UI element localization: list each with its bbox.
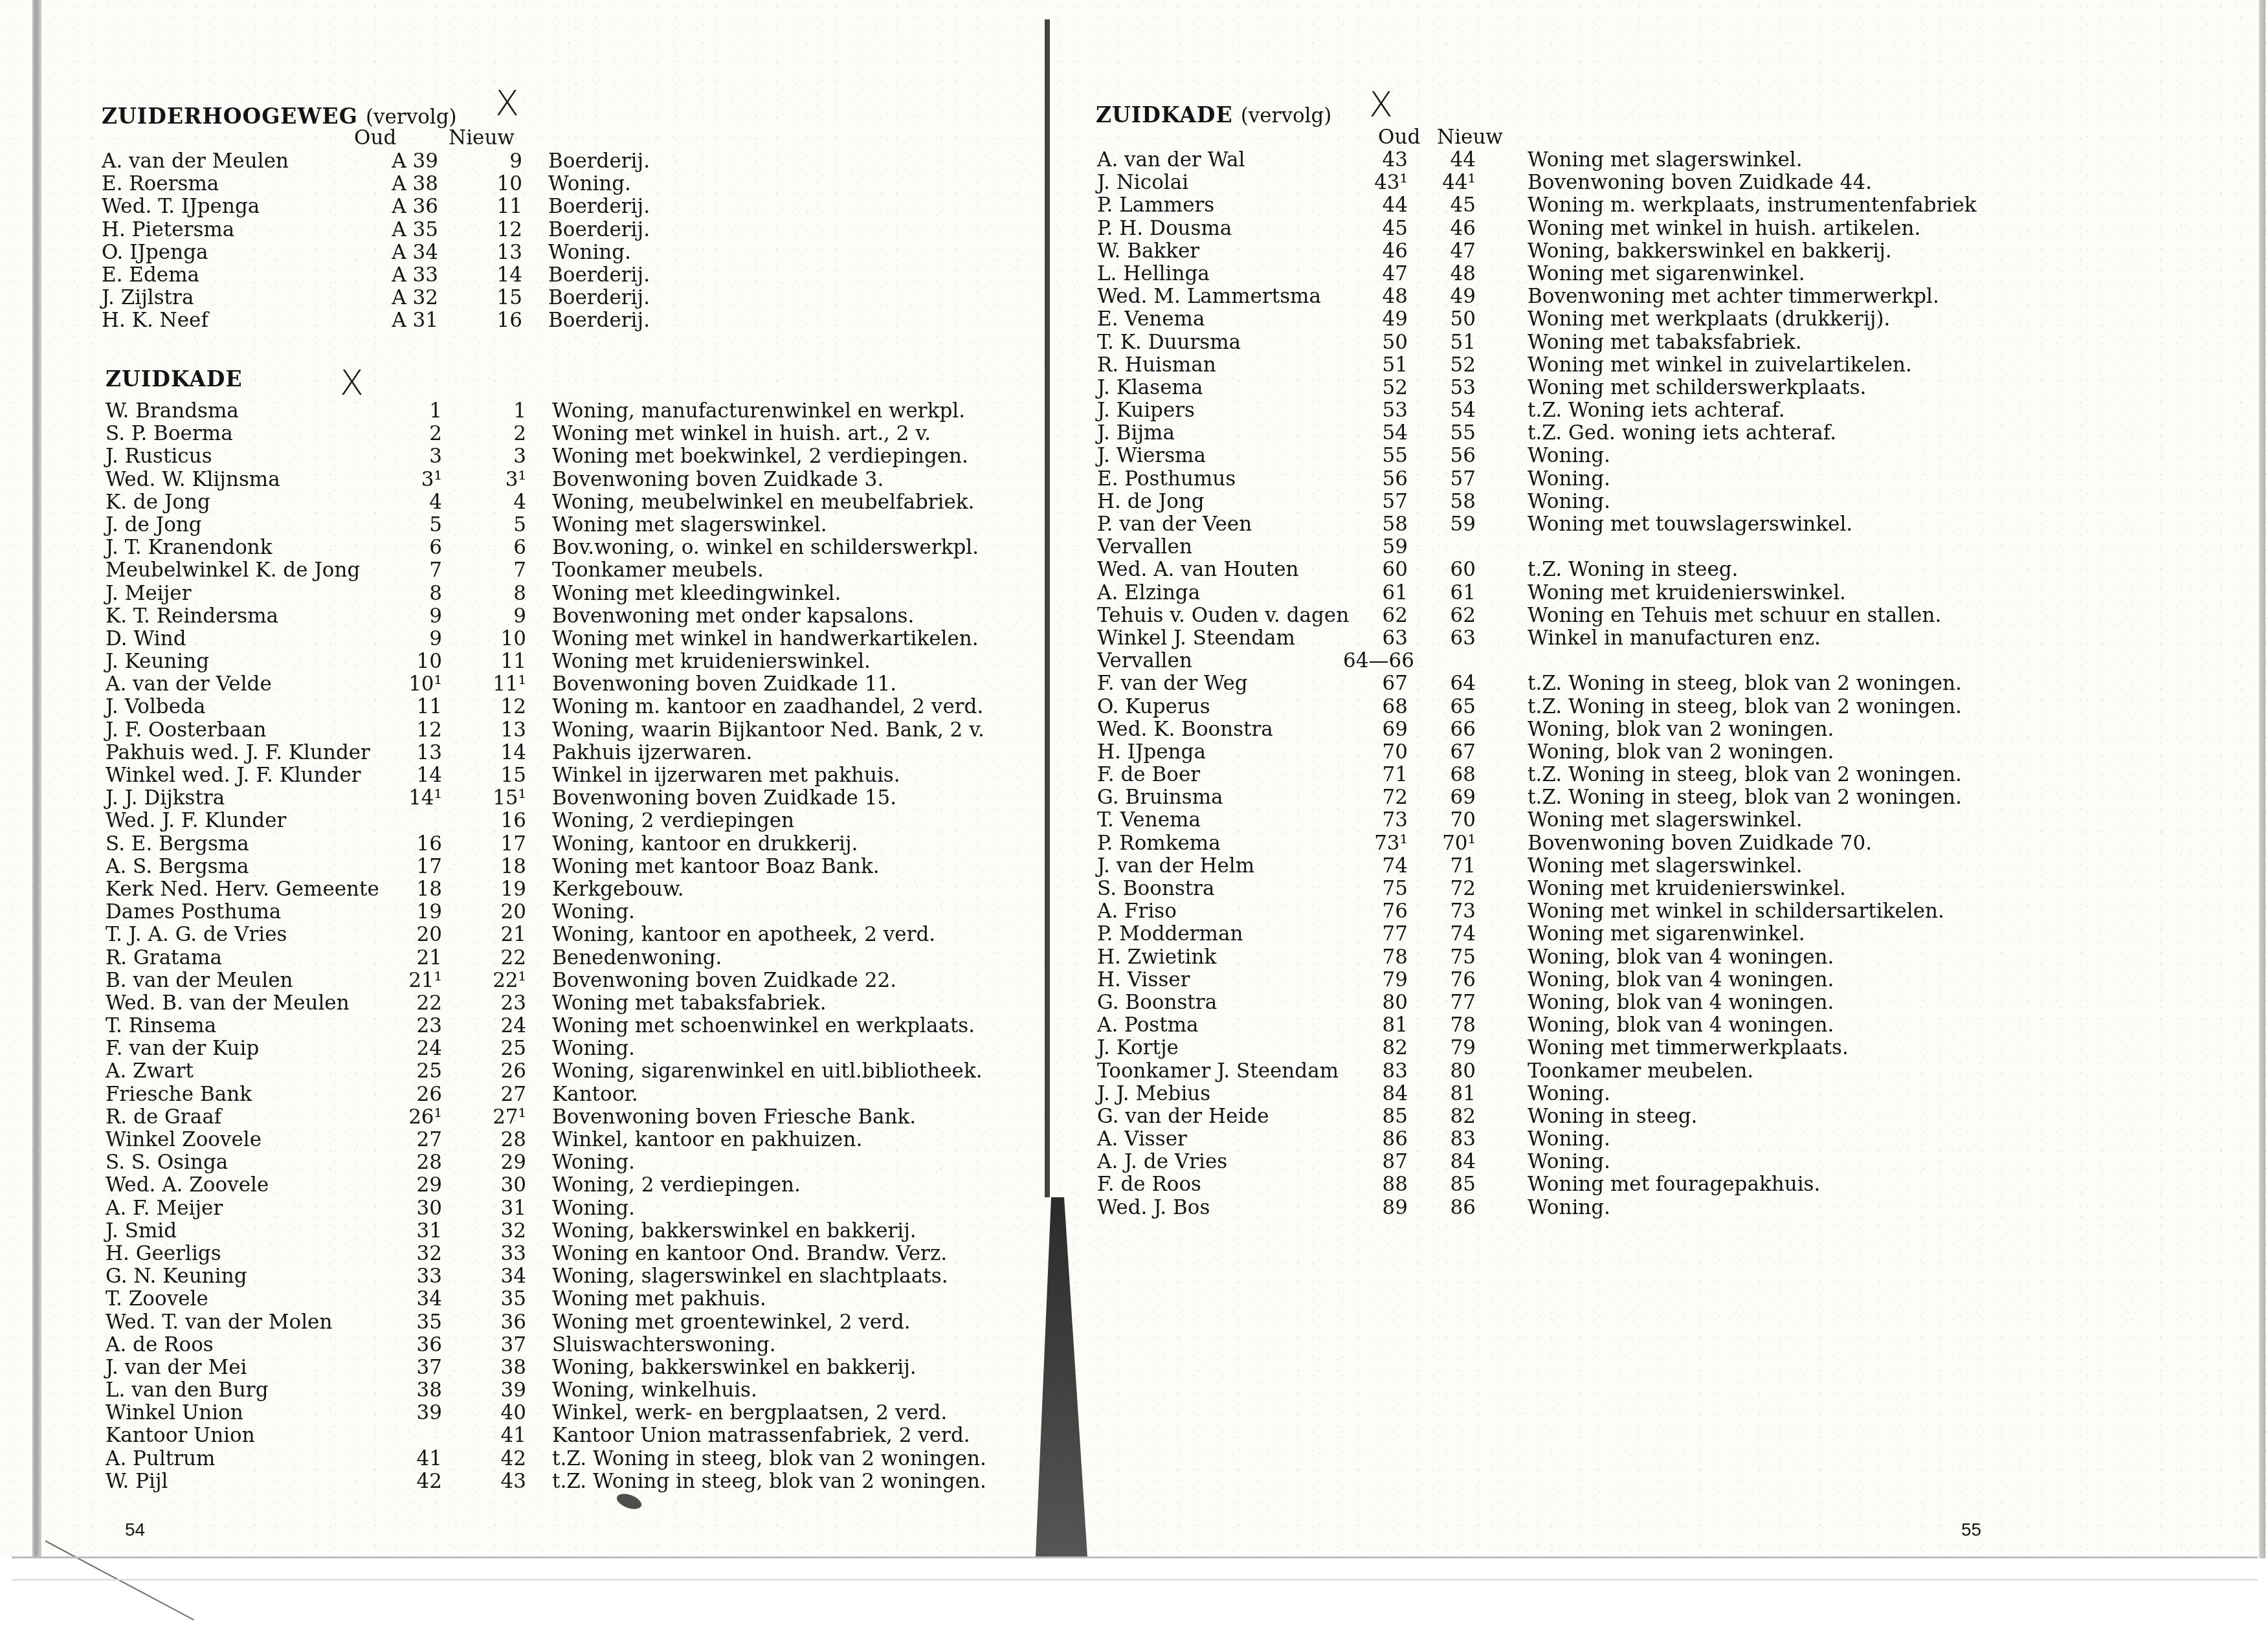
- old-house-number: 55: [1343, 445, 1408, 467]
- entry-description: Boerderij.: [548, 264, 650, 287]
- entry-name: Wed. W. Klijnsma: [106, 469, 280, 491]
- directory-entry: E. Venema4950Woning met werkplaats (druk…: [1097, 308, 2062, 331]
- directory-entry: Meubelwinkel K. de Jong77Toonkamer meube…: [106, 559, 1038, 582]
- entry-name: J. Nicolai: [1097, 172, 1188, 194]
- directory-entry: J. Rusticus33Woning met boekwinkel, 2 ve…: [106, 445, 1038, 468]
- old-house-number: 21: [351, 947, 442, 969]
- entry-description: Boerderij.: [548, 219, 650, 241]
- old-house-number: 34: [351, 1288, 442, 1311]
- entry-name: Wed. T. IJpenga: [102, 195, 260, 218]
- entry-description: t.Z. Woning iets achteraf.: [1528, 399, 1785, 422]
- entry-description: Woning, blok van 4 woningen.: [1528, 946, 1834, 969]
- old-house-number: 54: [1343, 422, 1408, 445]
- directory-entry: G. Boonstra8077Woning, blok van 4 woning…: [1097, 991, 2062, 1014]
- new-house-number: 60: [1414, 559, 1476, 581]
- entry-name: A. Elzinga: [1097, 582, 1200, 604]
- new-house-number: 19: [449, 878, 526, 901]
- new-house-number: 2: [449, 423, 526, 445]
- directory-entry: Kantoor Union41Kantoor Union matrassenfa…: [106, 1424, 1038, 1447]
- entry-description: t.Z. Woning in steeg, blok van 2 woninge…: [1528, 696, 1962, 718]
- entry-name: A. J. de Vries: [1097, 1151, 1227, 1173]
- entry-description: Woning met sigarenwinkel.: [1528, 923, 1805, 946]
- old-house-number: 14: [351, 764, 442, 787]
- old-house-number: 42: [351, 1470, 442, 1493]
- entry-name: J. J. Mebius: [1097, 1083, 1210, 1105]
- old-house-number: 9: [351, 628, 442, 650]
- new-house-number: 85: [1414, 1173, 1476, 1196]
- entry-name: E. Venema: [1097, 308, 1205, 331]
- new-house-number: 42: [449, 1448, 526, 1470]
- entry-description: Woning.: [552, 901, 635, 924]
- entry-name: B. van der Meulen: [106, 969, 293, 992]
- directory-entry: A. Visser8683Woning.: [1097, 1128, 2062, 1151]
- entry-description: Woning, waarin Bijkantoor Ned. Bank, 2 v…: [552, 719, 984, 742]
- entry-description: Woning met slagerswinkel.: [552, 514, 827, 537]
- old-house-number: 41: [351, 1448, 442, 1470]
- new-house-number: 22: [449, 947, 526, 969]
- directory-entry: H. Visser7976Woning, blok van 4 woningen…: [1097, 969, 2062, 991]
- new-house-number: 25: [449, 1037, 526, 1060]
- directory-entry: Wed. W. Klijnsma3¹3¹Bovenwoning boven Zu…: [106, 469, 1038, 491]
- entry-description: Woning met werkplaats (drukkerij).: [1528, 308, 1890, 331]
- directory-entry: P. van der Veen5859Woning met touwslager…: [1097, 513, 2062, 536]
- old-house-number: 67: [1343, 672, 1408, 695]
- entry-description: Woning met boekwinkel, 2 verdiepingen.: [552, 445, 968, 468]
- section-title: ZUIDERHOOGEWEG: [102, 104, 358, 129]
- directory-entry: T. Venema7370Woning met slagerswinkel.: [1097, 809, 2062, 832]
- entry-name: A. van der Wal: [1097, 149, 1245, 172]
- old-house-number: 1: [351, 400, 442, 423]
- entry-name: A. de Roos: [106, 1334, 214, 1356]
- directory-entry: J. Keuning1011Woning met kruidenierswink…: [106, 650, 1038, 673]
- entry-name: Vervallen: [1097, 650, 1192, 672]
- new-house-number: 9: [449, 605, 526, 628]
- entry-description: Toonkamer meubels.: [552, 559, 764, 582]
- old-house-number: 69: [1343, 718, 1408, 741]
- new-house-number: 23: [449, 992, 526, 1015]
- old-house-number: 38: [351, 1379, 442, 1402]
- directory-entry: J. Nicolai43¹44¹Bovenwoning boven Zuidka…: [1097, 172, 2062, 194]
- old-house-number: 56: [1343, 468, 1408, 491]
- entry-name: J. Bijma: [1097, 422, 1175, 445]
- entry-description: Woning.: [1528, 1151, 1610, 1173]
- directory-entry: Wed. M. Lammertsma4849Bovenwoning met ac…: [1097, 285, 2062, 308]
- entry-description: Woning met touwslagerswinkel.: [1528, 513, 1852, 536]
- new-house-number: 45: [1414, 194, 1476, 217]
- entry-description: Woning.: [1528, 491, 1610, 513]
- new-house-number: 69: [1414, 786, 1476, 809]
- new-house-number: 74: [1414, 923, 1476, 946]
- entry-description: Woning met kruidenierswinkel.: [1528, 582, 1846, 604]
- entry-name: A. Zwart: [106, 1060, 194, 1083]
- directory-entry: F. van der Kuip2425Woning.: [106, 1037, 1038, 1060]
- entry-name: J. de Jong: [106, 514, 202, 537]
- directory-entry: A. Elzinga6161Woning met kruidenierswink…: [1097, 582, 2062, 604]
- directory-entry: Wed. J. F. Klunder16Woning, 2 verdieping…: [106, 810, 1038, 832]
- new-house-number: 59: [1414, 513, 1476, 536]
- old-house-number: 43: [1343, 149, 1408, 172]
- entry-name: T. J. A. G. de Vries: [106, 924, 287, 946]
- entry-description: t.Z. Woning in steeg, blok van 2 woninge…: [552, 1470, 986, 1493]
- entry-description: t.Z. Ged. woning iets achteraf.: [1528, 422, 1836, 445]
- old-house-number: 21¹: [351, 969, 442, 992]
- directory-entry: R. Huisman5152Woning met winkel in zuive…: [1097, 354, 2062, 377]
- directory-entry: Dames Posthuma1920Woning.: [106, 901, 1038, 924]
- new-house-number: 40: [449, 1402, 526, 1424]
- entry-name: E. Roersma: [102, 173, 219, 195]
- directory-entry: H. IJpenga7067Woning, blok van 2 woninge…: [1097, 741, 2062, 764]
- directory-entry: W. Brandsma11Woning, manufacturenwinkel …: [106, 400, 1038, 423]
- entry-description: Bovenwoning boven Zuidkade 70.: [1528, 832, 1872, 855]
- old-house-number: 59: [1343, 536, 1408, 559]
- directory-entry: Winkel J. Steendam6363Winkel in manufact…: [1097, 627, 2062, 650]
- entry-name: A. Friso: [1097, 900, 1177, 923]
- entry-name: Wed. J. Bos: [1097, 1197, 1210, 1219]
- entry-name: D. Wind: [106, 628, 186, 650]
- directory-entry: J. Klasema5253Woning met schilderswerkpl…: [1097, 377, 2062, 399]
- new-house-number: 83: [1414, 1128, 1476, 1151]
- directory-entry: A. Postma8178Woning, blok van 4 woningen…: [1097, 1014, 2062, 1037]
- entry-name: Wed. M. Lammertsma: [1097, 285, 1321, 308]
- entry-description: Woning.: [1528, 445, 1610, 467]
- entry-name: Winkel Union: [106, 1402, 243, 1424]
- directory-entry: G. N. Keuning3334Woning, slagerswinkel e…: [106, 1265, 1038, 1288]
- entry-name: W. Pijl: [106, 1470, 168, 1493]
- directory-entry: J. Meijer88Woning met kleedingwinkel.: [106, 582, 1038, 605]
- entry-name: Kantoor Union: [106, 1424, 255, 1447]
- old-house-number: 52: [1343, 377, 1408, 399]
- scan-bottom-edge: [12, 1556, 2258, 1558]
- old-house-number: 43¹: [1343, 172, 1408, 194]
- new-house-number: 31: [449, 1197, 526, 1220]
- old-house-number: 53: [1343, 399, 1408, 422]
- entry-name: Friesche Bank: [106, 1083, 252, 1106]
- entry-description: t.Z. Woning in steeg, blok van 2 woninge…: [1528, 786, 1962, 809]
- page-number: 55: [1961, 1520, 1981, 1540]
- directory-entry: H. de Jong5758Woning.: [1097, 491, 2062, 513]
- directory-entry: P. Lammers4445Woning m. werkplaats, inst…: [1097, 194, 2062, 217]
- entry-name: G. van der Heide: [1097, 1105, 1269, 1128]
- entry-name: H. IJpenga: [1097, 741, 1206, 764]
- entry-name: J. Kuipers: [1097, 399, 1195, 422]
- new-house-number: 15: [449, 764, 526, 787]
- directory-entry: Vervallen64—66: [1097, 650, 2062, 672]
- old-house-number: 10: [351, 650, 442, 673]
- directory-entry: F. de Boer7168t.Z. Woning in steeg, blok…: [1097, 764, 2062, 786]
- column-header-oud: Oud: [1378, 126, 1420, 149]
- new-house-number: 22¹: [449, 969, 526, 992]
- old-house-number: A 34: [348, 241, 438, 264]
- directory-entry: J. Wiersma5556Woning.: [1097, 445, 2062, 467]
- new-house-number: 14: [449, 742, 526, 764]
- entry-name: Dames Posthuma: [106, 901, 281, 924]
- old-house-number: 44: [1343, 194, 1408, 217]
- section-title: ZUIDKADE: [1096, 102, 1233, 127]
- old-house-number: 87: [1343, 1151, 1408, 1173]
- new-house-number: 32: [449, 1220, 526, 1243]
- entry-description: Woning met kruidenierswinkel.: [1528, 878, 1846, 900]
- old-house-number: 80: [1343, 991, 1408, 1014]
- directory-entry: Wed. A. Zoovele2930Woning, 2 verdiepinge…: [106, 1174, 1038, 1197]
- section-heading-zuiderhoogeweg: ZUIDERHOOGEWEG(vervolg): [102, 104, 457, 129]
- directory-entry: P. Modderman7774Woning met sigarenwinkel…: [1097, 923, 2062, 946]
- entry-description: Woning.: [1528, 1083, 1610, 1105]
- column-header-oud: Oud: [354, 126, 396, 149]
- old-house-number: 61: [1343, 582, 1408, 604]
- old-house-number: 32: [351, 1243, 442, 1265]
- entry-name: L. van den Burg: [106, 1379, 269, 1402]
- new-house-number: 33: [449, 1243, 526, 1265]
- entry-description: Woning met winkel in handwerkartikelen.: [552, 628, 979, 650]
- directory-entry: H. K. NeefA 3116Boerderij.: [102, 309, 1034, 332]
- entry-description: t.Z. Woning in steeg, blok van 2 woninge…: [552, 1448, 986, 1470]
- old-house-number: 50: [1343, 331, 1408, 354]
- entry-description: Bovenwoning boven Zuidkade 15.: [552, 787, 896, 810]
- entry-name: O. IJpenga: [102, 241, 208, 264]
- new-house-number: 86: [1414, 1197, 1476, 1219]
- old-house-number: 60: [1343, 559, 1408, 581]
- entry-name: K. T. Reindersma: [106, 605, 278, 628]
- directory-entry: G. Bruinsma7269t.Z. Woning in steeg, blo…: [1097, 786, 2062, 809]
- new-house-number: 21: [449, 924, 526, 946]
- old-house-number: 70: [1343, 741, 1408, 764]
- entry-name: H. K. Neef: [102, 309, 208, 332]
- new-house-number: 5: [449, 514, 526, 537]
- entry-name: S. S. Osinga: [106, 1151, 228, 1174]
- entry-name: W. Brandsma: [106, 400, 239, 423]
- old-house-number: 9: [351, 605, 442, 628]
- entry-description: Woning met schilderswerkplaats.: [1528, 377, 1866, 399]
- entry-description: Bovenwoning boven Zuidkade 3.: [552, 469, 884, 491]
- old-house-number: 86: [1343, 1128, 1408, 1151]
- entry-description: Boerderij.: [548, 150, 650, 173]
- entry-name: H. de Jong: [1097, 491, 1205, 513]
- entry-name: J. van der Mei: [106, 1356, 247, 1379]
- entry-name: F. de Boer: [1097, 764, 1200, 786]
- old-house-number: 75: [1343, 878, 1408, 900]
- new-house-number: 38: [449, 1356, 526, 1379]
- old-house-number: 46: [1343, 240, 1408, 263]
- entry-name: S. P. Boerma: [106, 423, 233, 445]
- directory-entry: J. Smid3132Woning, bakkerswinkel en bakk…: [106, 1220, 1038, 1243]
- new-house-number: 27¹: [449, 1106, 526, 1129]
- entry-description: Bov.woning, o. winkel en schilderswerkpl…: [552, 537, 979, 559]
- directory-entry: S. P. Boerma22Woning met winkel in huish…: [106, 423, 1038, 445]
- entry-description: Woning.: [548, 173, 631, 195]
- directory-entry: O. Kuperus6865t.Z. Woning in steeg, blok…: [1097, 696, 2062, 718]
- directory-entry: Wed. J. Bos8986Woning.: [1097, 1197, 2062, 1219]
- new-house-number: 56: [1414, 445, 1476, 467]
- directory-entry: Winkel wed. J. F. Klunder1415Winkel in i…: [106, 764, 1038, 787]
- directory-entry: F. de Roos8885Woning met fouragepakhuis.: [1097, 1173, 2062, 1196]
- new-house-number: 4: [449, 491, 526, 514]
- directory-entry: A. F. Meijer3031Woning.: [106, 1197, 1038, 1220]
- entry-description: Kantoor Union matrassenfabriek, 2 verd.: [552, 1424, 970, 1447]
- old-house-number: 6: [351, 537, 442, 559]
- old-house-number: 2: [351, 423, 442, 445]
- entry-name: J. F. Oosterbaan: [106, 719, 267, 742]
- entry-description: Woning met winkel in huish. art., 2 v.: [552, 423, 931, 445]
- entry-description: Woning, sigarenwinkel en uitl.bibliothee…: [552, 1060, 983, 1083]
- new-house-number: 1: [449, 400, 526, 423]
- new-house-number: 50: [1414, 308, 1476, 331]
- directory-entry: G. van der Heide8582Woning in steeg.: [1097, 1105, 2062, 1128]
- scan-left-edge-shadow: [32, 0, 41, 1558]
- directory-entry: A. de Roos3637Sluiswachterswoning.: [106, 1334, 1038, 1356]
- directory-entry: Tehuis v. Ouden v. dagen6262Woning en Te…: [1097, 604, 2062, 627]
- directory-entry: A. S. Bergsma1718Woning met kantoor Boaz…: [106, 856, 1038, 878]
- entry-name: Pakhuis wed. J. F. Klunder: [106, 742, 370, 764]
- new-house-number: 65: [1414, 696, 1476, 718]
- new-house-number: 36: [449, 1311, 526, 1334]
- directory-entry: Wed. K. Boonstra6966Woning, blok van 2 w…: [1097, 718, 2062, 741]
- entry-name: Wed. B. van der Meulen: [106, 992, 350, 1015]
- entry-name: H. Visser: [1097, 969, 1190, 991]
- entry-description: Woning, manufacturenwinkel en werkpl.: [552, 400, 965, 423]
- old-house-number: 29: [351, 1174, 442, 1197]
- section-continued-label: (vervolg): [366, 105, 457, 129]
- entry-name: P. van der Veen: [1097, 513, 1252, 536]
- old-house-number: 58: [1343, 513, 1408, 536]
- new-house-number: 29: [449, 1151, 526, 1174]
- old-house-number: 18: [351, 878, 442, 901]
- old-house-number: 78: [1343, 946, 1408, 969]
- directory-entry: Kerk Ned. Herv. Gemeente1819Kerkgebouw.: [106, 878, 1038, 901]
- section-continued-label: (vervolg): [1241, 104, 1332, 127]
- old-house-number: 62: [1343, 604, 1408, 627]
- new-house-number: 39: [449, 1379, 526, 1402]
- entry-description: Woning, winkelhuis.: [552, 1379, 757, 1402]
- entry-description: Kantoor.: [552, 1083, 638, 1106]
- entry-description: Woning.: [552, 1151, 635, 1174]
- entry-description: Bovenwoning met onder kapsalons.: [552, 605, 914, 628]
- entry-description: Woning, blok van 4 woningen.: [1528, 1014, 1834, 1037]
- directory-entry: Vervallen59: [1097, 536, 2062, 559]
- new-house-number: 54: [1414, 399, 1476, 422]
- new-house-number: 16: [445, 309, 522, 332]
- entry-name: E. Edema: [102, 264, 199, 287]
- old-house-number: 12: [351, 719, 442, 742]
- directory-entry: J. de Jong55Woning met slagerswinkel.: [106, 514, 1038, 537]
- entry-name: J. J. Dijkstra: [106, 787, 225, 810]
- old-house-number: 37: [351, 1356, 442, 1379]
- entry-name: F. de Roos: [1097, 1173, 1201, 1196]
- entry-name: Wed. K. Boonstra: [1097, 718, 1273, 741]
- entry-description: Woning en Tehuis met schuur en stallen.: [1528, 604, 1941, 627]
- directory-entry: J. J. Mebius8481Woning.: [1097, 1083, 2062, 1105]
- scan-bottom-edge-secondary: [12, 1579, 2258, 1580]
- handwritten-x-mark: X: [495, 83, 519, 124]
- new-house-number: 12: [445, 219, 522, 241]
- old-house-number: 22: [351, 992, 442, 1015]
- old-house-number: 10¹: [351, 673, 442, 696]
- directory-entry: H. PietersmaA 3512Boerderij.: [102, 219, 1034, 241]
- entry-description: Bovenwoning boven Friesche Bank.: [552, 1106, 916, 1129]
- entry-name: H. Pietersma: [102, 219, 234, 241]
- new-house-number: 61: [1414, 582, 1476, 604]
- directory-entry: E. RoersmaA 3810Woning.: [102, 173, 1034, 195]
- old-house-number: A 39: [348, 150, 438, 173]
- old-house-number: 68: [1343, 696, 1408, 718]
- entry-name: Wed. J. F. Klunder: [106, 810, 286, 832]
- new-house-number: 7: [449, 559, 526, 582]
- new-house-number: 58: [1414, 491, 1476, 513]
- new-house-number: 48: [1414, 263, 1476, 285]
- entry-name: J. Wiersma: [1097, 445, 1206, 467]
- old-house-number: 33: [351, 1265, 442, 1288]
- entry-name: Wed. T. van der Molen: [106, 1311, 332, 1334]
- old-house-number: 89: [1343, 1197, 1408, 1219]
- new-house-number: 20: [449, 901, 526, 924]
- entry-name: J. T. Kranendonk: [106, 537, 272, 559]
- old-house-number: 71: [1343, 764, 1408, 786]
- entry-description: Woning met slagerswinkel.: [1528, 855, 1803, 878]
- old-house-number: A 35: [348, 219, 438, 241]
- entry-description: Woning.: [1528, 468, 1610, 491]
- new-house-number: 46: [1414, 217, 1476, 240]
- entry-description: Woning met pakhuis.: [552, 1288, 766, 1311]
- page-number: 54: [125, 1520, 145, 1540]
- old-house-number: 88: [1343, 1173, 1408, 1196]
- entry-description: Woning, blok van 2 woningen.: [1528, 741, 1834, 764]
- entry-name: P. Romkema: [1097, 832, 1221, 855]
- old-house-number: 76: [1343, 900, 1408, 923]
- entry-description: Toonkamer meubelen.: [1528, 1060, 1753, 1083]
- old-house-number: 83: [1343, 1060, 1408, 1083]
- old-house-number: 47: [1343, 263, 1408, 285]
- entry-description: Boerderij.: [548, 287, 650, 309]
- new-house-number: 37: [449, 1334, 526, 1356]
- new-house-number: 44¹: [1414, 172, 1476, 194]
- entry-name: Wed. A. Zoovele: [106, 1174, 269, 1197]
- entry-name: A. F. Meijer: [106, 1197, 223, 1220]
- directory-entry: B. van der Meulen21¹22¹Bovenwoning boven…: [106, 969, 1038, 992]
- entry-name: J. Meijer: [106, 582, 192, 605]
- directory-entry: F. van der Weg6764t.Z. Woning in steeg, …: [1097, 672, 2062, 695]
- entry-description: Benedenwoning.: [552, 947, 722, 969]
- directory-entry: A. van der Wal4344Woning met slagerswink…: [1097, 149, 2062, 172]
- old-house-number: 49: [1343, 308, 1408, 331]
- entry-description: Woning, meubelwinkel en meubelfabriek.: [552, 491, 974, 514]
- entry-name: J. Kortje: [1097, 1037, 1179, 1059]
- old-house-number: 7: [351, 559, 442, 582]
- entry-description: Bovenwoning boven Zuidkade 22.: [552, 969, 896, 992]
- new-house-number: 70: [1414, 809, 1476, 832]
- directory-entry: S. Boonstra7572Woning met kruidenierswin…: [1097, 878, 2062, 900]
- new-house-number: 14: [445, 264, 522, 287]
- new-house-number: 81: [1414, 1083, 1476, 1105]
- entry-description: Woning met kruidenierswinkel.: [552, 650, 871, 673]
- entry-name: P. Lammers: [1097, 194, 1214, 217]
- entry-name: A. Postma: [1097, 1014, 1199, 1037]
- directory-entry: Toonkamer J. Steendam8380Toonkamer meube…: [1097, 1060, 2062, 1083]
- directory-entry: J. Volbeda1112Woning m. kantoor en zaadh…: [106, 696, 1038, 718]
- entry-description: t.Z. Woning in steeg.: [1528, 559, 1738, 581]
- directory-entry: J. van der Helm7471Woning met slagerswin…: [1097, 855, 2062, 878]
- section-heading-zuidkade: ZUIDKADE: [106, 366, 243, 392]
- old-house-number: 11: [351, 696, 442, 718]
- new-house-number: 13: [445, 241, 522, 264]
- entry-name: Kerk Ned. Herv. Gemeente: [106, 878, 379, 901]
- old-house-number: 5: [351, 514, 442, 537]
- entry-description: Woning.: [1528, 1128, 1610, 1151]
- new-house-number: 10: [445, 173, 522, 195]
- new-house-number: 34: [449, 1265, 526, 1288]
- entry-name: T. Rinsema: [106, 1015, 216, 1037]
- old-house-number: 82: [1343, 1037, 1408, 1059]
- entry-description: Woning in steeg.: [1528, 1105, 1697, 1128]
- directory-entry: J. ZijlstraA 3215Boerderij.: [102, 287, 1034, 309]
